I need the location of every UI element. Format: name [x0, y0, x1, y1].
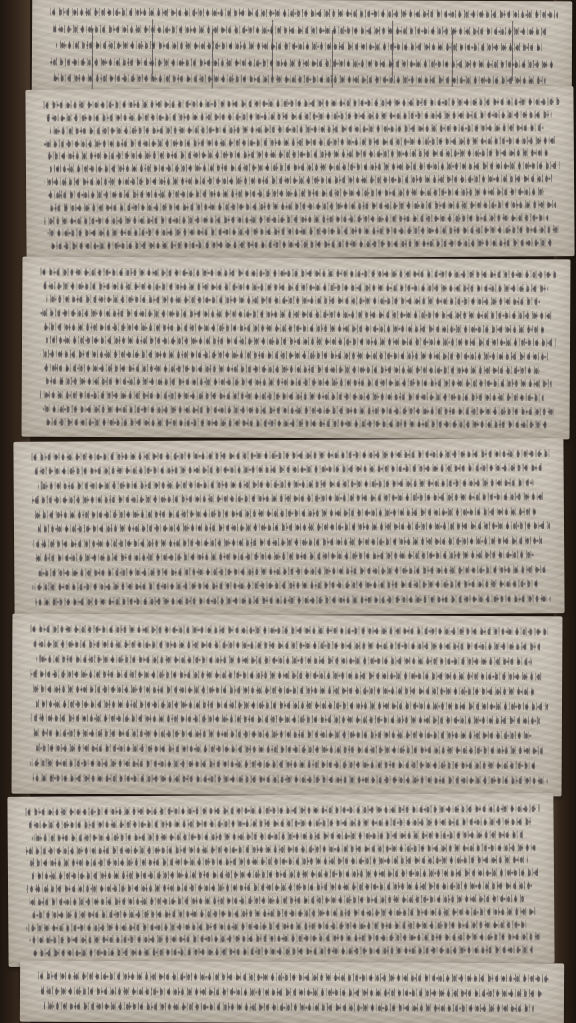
handwritten-text-line [50, 235, 552, 253]
handwritten-text-line [30, 622, 548, 639]
handwritten-text-line [36, 696, 548, 713]
handwritten-text-line [38, 969, 550, 986]
handwritten-text-line [36, 741, 544, 758]
handwritten-text-line [33, 726, 532, 743]
handwritten-text-line [53, 71, 546, 88]
table-column-rule [152, 19, 153, 79]
handwritten-text-line [44, 999, 534, 1016]
handwritten-text-line [36, 651, 532, 668]
handwritten-text-line [33, 637, 540, 654]
handwritten-text-line [33, 681, 536, 698]
table-column-rule [512, 21, 513, 81]
manuscript-sheet-2 [25, 86, 574, 260]
table-column-rule [272, 20, 273, 80]
handwritten-text-line [50, 5, 558, 22]
manuscript-sheet-1 [32, 0, 572, 96]
manuscript-sheet-5 [12, 614, 563, 797]
table-column-rule [392, 20, 393, 80]
handwritten-text-line [30, 711, 540, 728]
handwritten-text-line [33, 771, 548, 788]
handwritten-text-line [30, 666, 544, 683]
manuscript-sheet-4 [13, 438, 564, 617]
manuscript-sheet-7 [20, 961, 564, 1023]
handwritten-text-line [30, 756, 536, 773]
handwritten-text-line [32, 942, 532, 959]
manuscript-sheet-6 [7, 793, 554, 967]
manuscript-sheet-3 [22, 257, 571, 440]
handwritten-text-line [53, 21, 550, 38]
handwritten-text-line [46, 415, 548, 432]
handwritten-text-line [56, 38, 542, 55]
handwritten-text-line [35, 591, 550, 609]
handwritten-text-line [50, 54, 554, 71]
handwritten-text-line [41, 984, 542, 1001]
